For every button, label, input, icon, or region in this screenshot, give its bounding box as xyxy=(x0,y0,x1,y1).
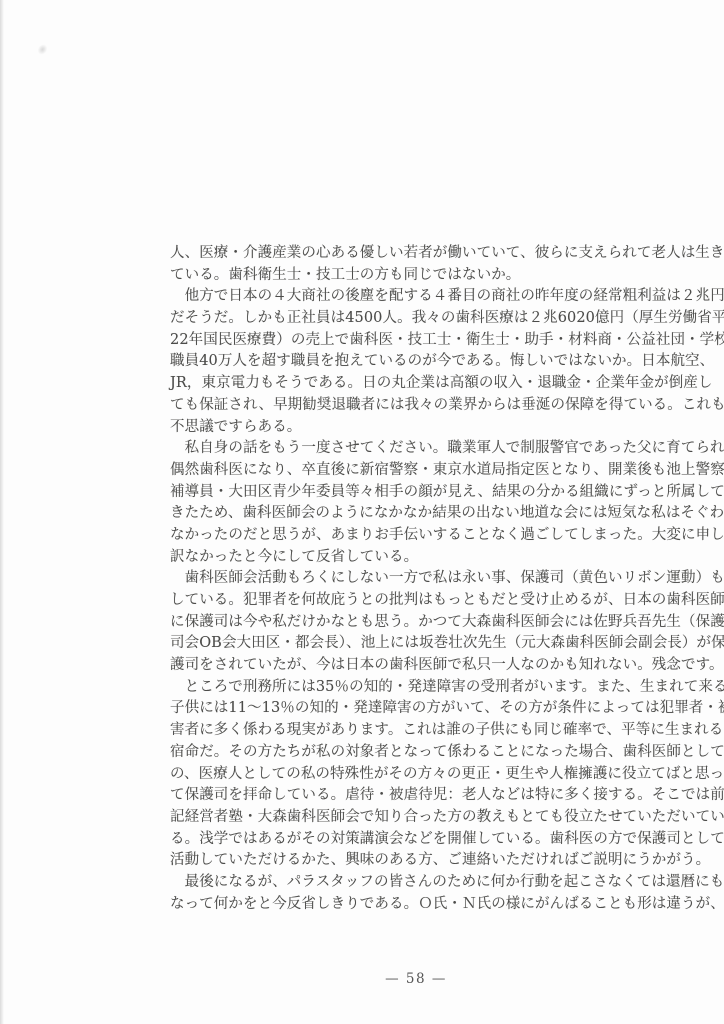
text-line: なかったのだと思うが、あまりお手伝いすることなく過ごしてしまった。大変に申し xyxy=(170,525,676,547)
text-line: 護司をされていたが、今は日本の歯科医師で私只一人なのかも知れない。残念です。 xyxy=(170,655,676,677)
body-text: 人、医療・介護産業の心ある優しい若者が働いていて、彼らに支えられて老人は生きてい… xyxy=(170,243,676,915)
text-line: 私自身の話をもう一度させてください。職業軍人で制服警官であった父に育てられ xyxy=(170,438,676,460)
text-line: の、医療人としての私の特殊性がその方々の更正・更生や人権擁護に役立てばと思っ xyxy=(170,764,676,786)
document-page: 人、医療・介護産業の心ある優しい若者が働いていて、彼らに支えられて老人は生きてい… xyxy=(0,0,724,1024)
text-line: 害者に多く係わる現実があります。これは誰の子供にも同じ確率で、平等に生まれる xyxy=(170,720,676,742)
text-line: きたため、歯科医師会のようになかなか結果の出ない地道な会には短気な私はそぐわ xyxy=(170,503,676,525)
text-line: 22年国民医療費）の売上で歯科医・技工士・衛生士・助手・材料商・公益社団・学校 xyxy=(170,330,676,352)
text-line: ても保証され、早期勧奨退職者には我々の業界からは垂涎の保障を得ている。これも xyxy=(170,395,676,417)
text-line: している。犯罪者を何故庇うとの批判はもっともだと受け止めるが、日本の歯科医師 xyxy=(170,590,676,612)
text-line: 最後になるが、パラスタッフの皆さんのために何か行動を起こさなくては還暦にも xyxy=(170,872,676,894)
text-line: 補導員・大田区青少年委員等々相手の顔が見え、結果の分かる組織にずっと所属して xyxy=(170,482,676,504)
text-line: 人、医療・介護産業の心ある優しい若者が働いていて、彼らに支えられて老人は生き xyxy=(170,243,676,265)
text-line: 宿命だ。その方たちが私の対象者となって係わることになった場合、歯科医師として xyxy=(170,742,676,764)
text-line: 記経営者塾・大森歯科医師会で知り合った方の教えもとても役立たせていただいてい xyxy=(170,807,676,829)
text-line: に保護司は今や私だけかなとも思う。かつて大森歯科医師会には佐野兵吾先生（保護 xyxy=(170,612,676,634)
text-line: 偶然歯科医になり、卒直後に新宿警察・東京水道局指定医となり、開業後も池上警察 xyxy=(170,460,676,482)
text-line: 職員40万人を超す職員を抱えているのが今である。悔しいではないか。日本航空、 xyxy=(170,351,676,373)
text-line: 不思議ですらある。 xyxy=(170,417,676,439)
text-line: ている。歯科衛生士・技工士の方も同じではないか。 xyxy=(170,265,676,287)
text-line: 活動していただけるかた、興味のある方、ご連絡いただければご説明にうかがう。 xyxy=(170,850,676,872)
text-line: 訳なかったと今にして反省している。 xyxy=(170,547,676,569)
text-line: ところで刑務所には35％の知的・発達障害の受刑者がいます。また、生まれて来る xyxy=(170,677,676,699)
text-line: 司会OB会大田区・都会長）、池上には坂巻壮次先生（元大森歯科医師会副会長）が保 xyxy=(170,633,676,655)
text-line: なって何かをと今反省しきりである。Ｏ氏・Ｎ氏の様にがんばることも形は違うが、 xyxy=(170,894,676,916)
scan-edge-artifact xyxy=(0,0,4,1024)
text-line: だそうだ。しかも正社員は4500人。我々の歯科医療は２兆6020億円（厚生労働省… xyxy=(170,308,676,330)
text-line: JR，東京電力もそうである。日の丸企業は高額の収入・退職金・企業年金が倒産し xyxy=(170,373,676,395)
page-number: — 58 — xyxy=(170,971,662,987)
text-line: 子供には11～13％の知的・発達障害の方がいて、その方が条件によっては犯罪者・被 xyxy=(170,698,676,720)
text-line: 歯科医師会活動もろくにしない一方で私は永い事、保護司（黄色いリボン運動）も xyxy=(170,568,676,590)
text-line: 他方で日本の４大商社の後塵を配する４番目の商社の昨年度の経常粗利益は２兆円 xyxy=(170,286,676,308)
text-line: る。浅学ではあるがその対策講演会などを開催している。歯科医の方で保護司として xyxy=(170,829,676,851)
scan-smudge xyxy=(36,42,50,56)
text-line: て保護司を拝命している。虐待・被虐待児：老人などは特に多く接する。そこでは前 xyxy=(170,785,676,807)
